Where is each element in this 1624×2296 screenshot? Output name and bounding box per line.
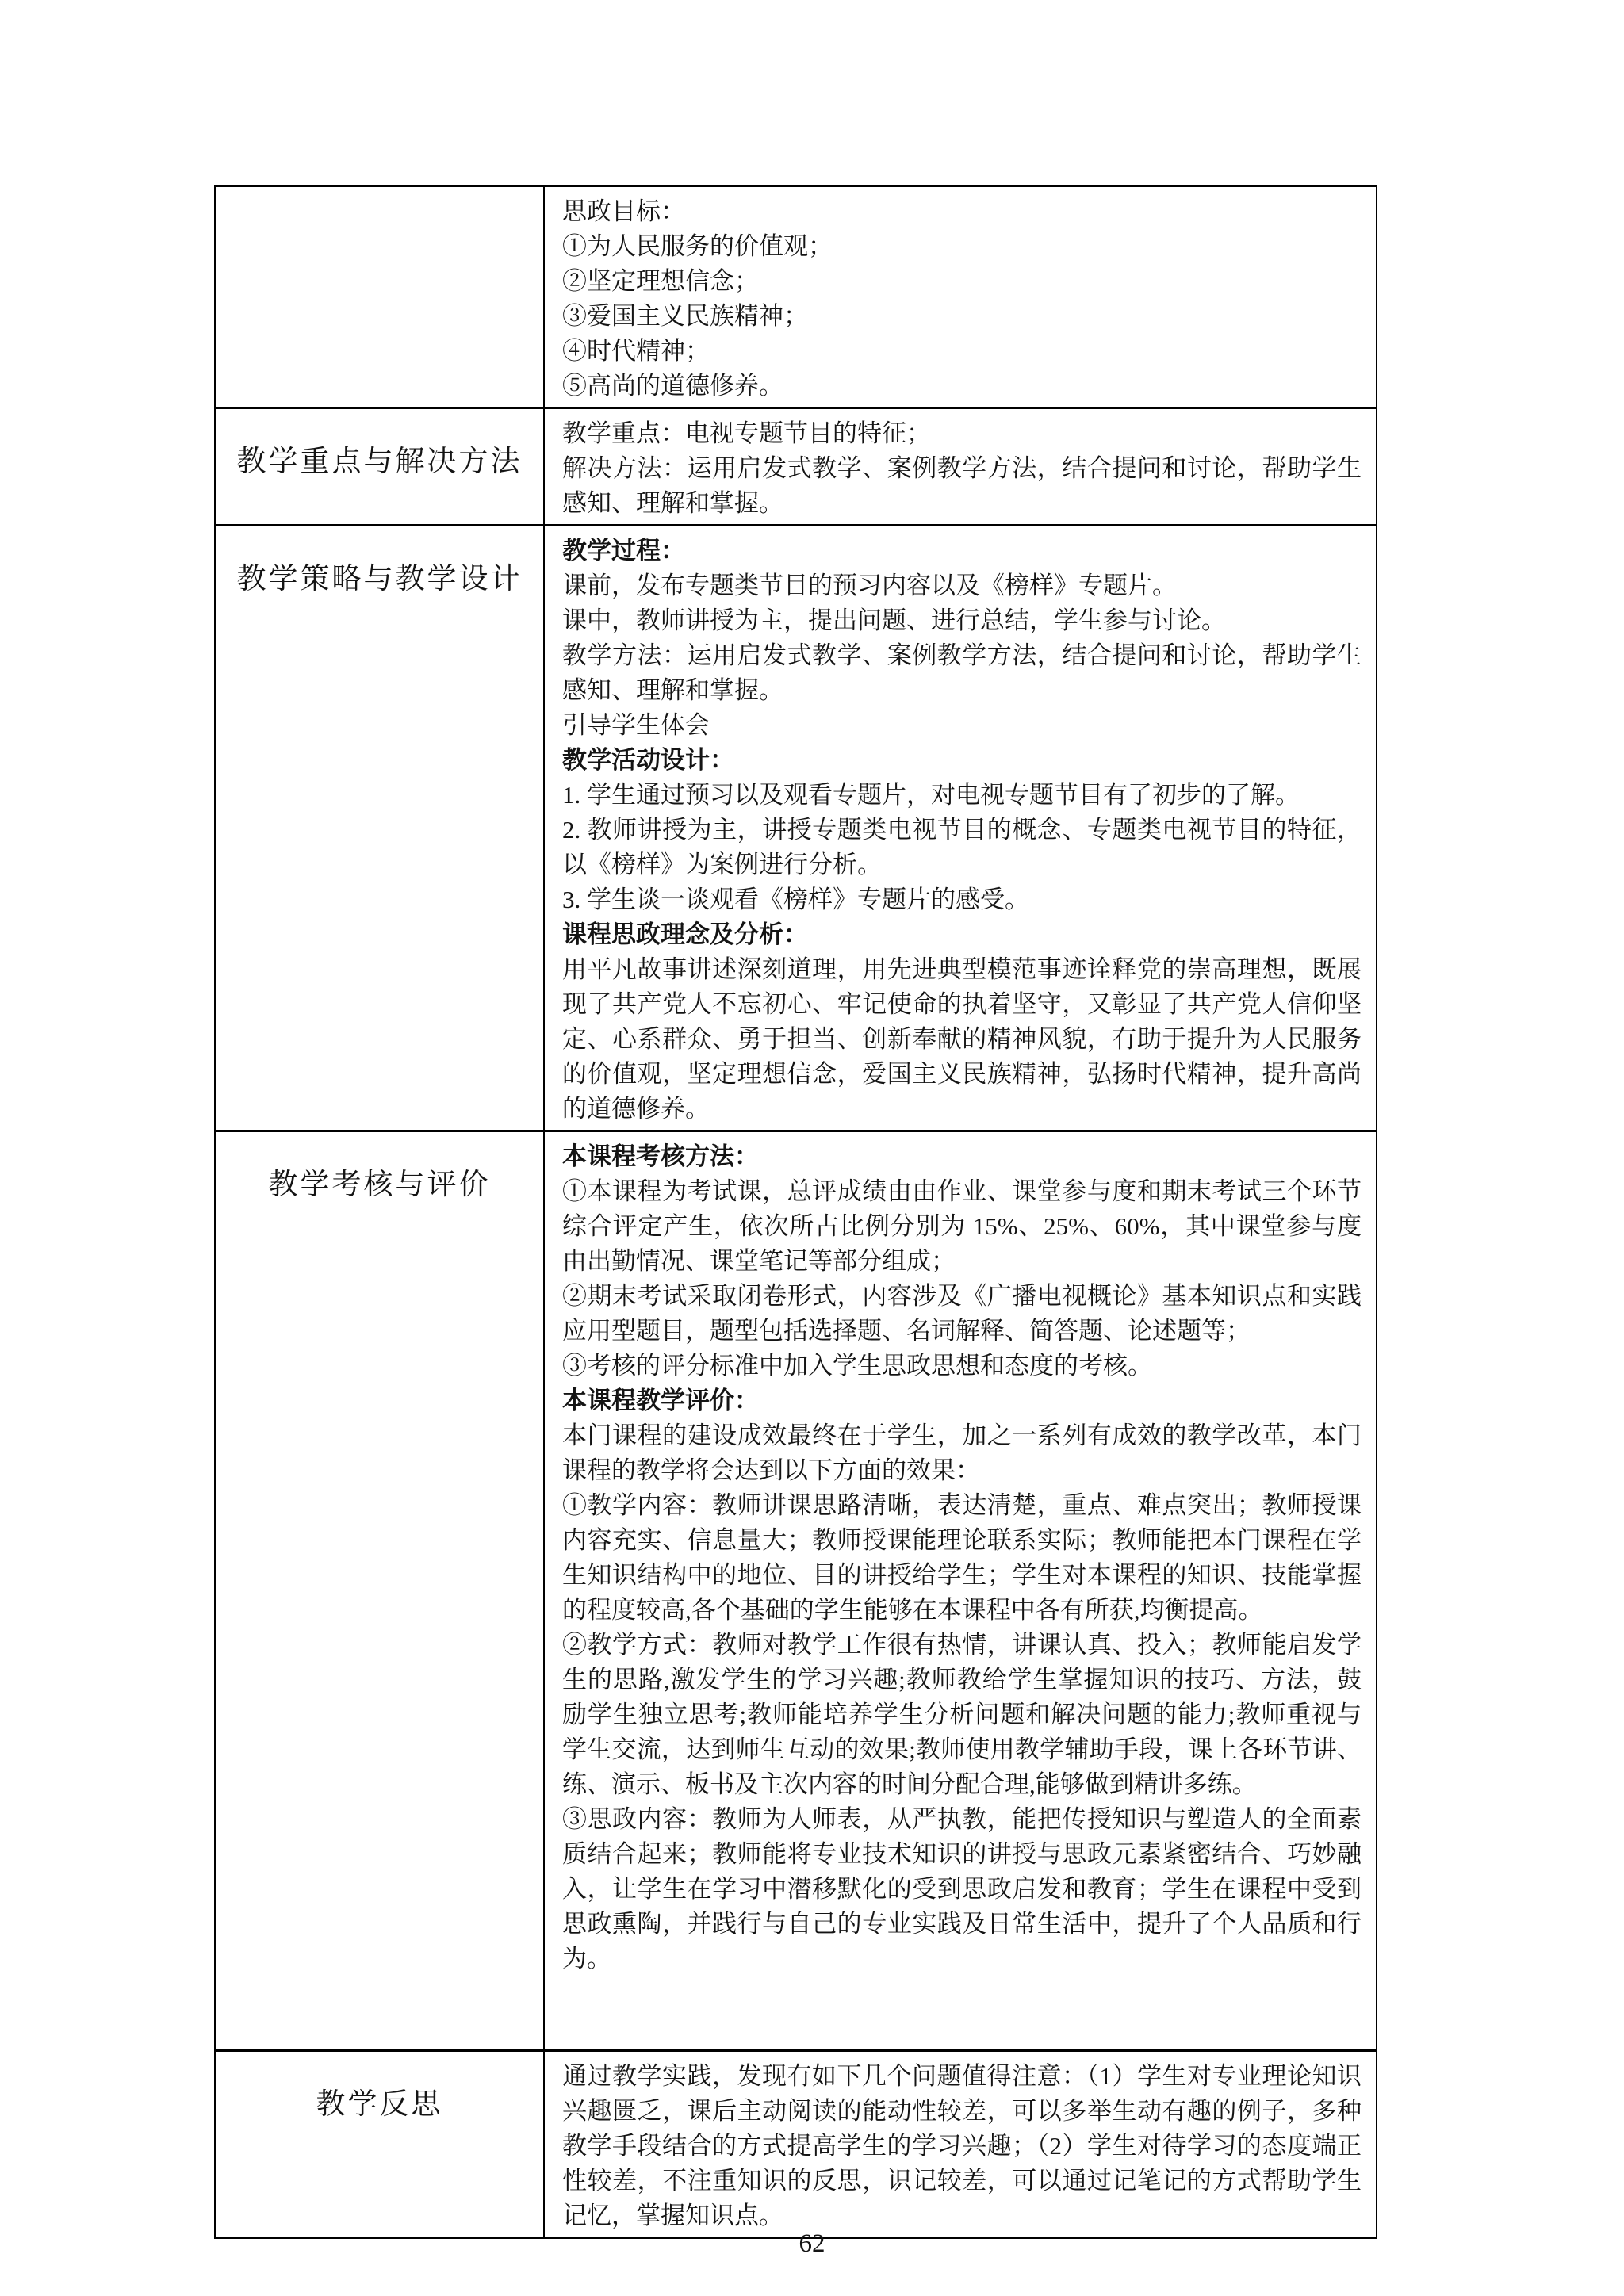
paragraph: 思政目标： bbox=[562, 194, 1362, 229]
page-number: 62 bbox=[0, 2229, 1624, 2259]
paragraph: 解决方法：运用启发式教学、案例教学方法，结合提问和讨论，帮助学生感知、理解和掌握… bbox=[562, 451, 1362, 521]
paragraph: ①教学内容：教师讲课思路清晰，表达清楚，重点、难点突出；教师授课内容充实、信息量… bbox=[562, 1488, 1362, 1628]
lesson-plan-table-body: 思政目标：①为人民服务的价值观；②坚定理想信念；③爱国主义民族精神；④时代精神；… bbox=[215, 186, 1377, 2238]
paragraph: ②期末考试采取闭卷形式，内容涉及《广播电视概论》基本知识点和实践应用型题目，题型… bbox=[562, 1279, 1362, 1349]
paragraph: ①本课程为考试课，总评成绩由由作业、课堂参与度和期末考试三个环节综合评定产生，依… bbox=[562, 1174, 1362, 1279]
paragraph: 课前，发布专题类节目的预习内容以及《榜样》专题片。 bbox=[562, 568, 1362, 603]
row-content-cell: 教学过程：课前，发布专题类节目的预习内容以及《榜样》专题片。课中，教师讲授为主，… bbox=[544, 526, 1377, 1131]
section-heading: 教学活动设计： bbox=[562, 743, 1362, 778]
paragraph: 本门课程的建设成效最终在于学生，加之一系列有成效的教学改革，本门课程的教学将会达… bbox=[562, 1418, 1362, 1488]
paragraph: 3. 学生谈一谈观看《榜样》专题片的感受。 bbox=[562, 882, 1362, 917]
paragraph: 1. 学生通过预习以及观看专题片，对电视专题节目有了初步的了解。 bbox=[562, 778, 1362, 813]
row-header-cell: 教学策略与教学设计 bbox=[215, 526, 544, 1131]
paragraph: 教学重点：电视专题节目的特征； bbox=[562, 416, 1362, 451]
row-content-cell: 通过教学实践，发现有如下几个问题值得注意：（1）学生对专业理论知识兴趣匮乏，课后… bbox=[544, 2051, 1377, 2238]
section-heading: 教学过程： bbox=[562, 534, 1362, 568]
table-row: 教学策略与教学设计教学过程：课前，发布专题类节目的预习内容以及《榜样》专题片。课… bbox=[215, 526, 1377, 1131]
paragraph: ③考核的评分标准中加入学生思政思想和态度的考核。 bbox=[562, 1349, 1362, 1383]
paragraph: ⑤高尚的道德修养。 bbox=[562, 369, 1362, 404]
paragraph: 用平凡故事讲述深刻道理，用先进典型模范事迹诠释党的崇高理想，既展现了共产党人不忘… bbox=[562, 952, 1362, 1127]
paragraph: 教学方法：运用启发式教学、案例教学方法，结合提问和讨论，帮助学生感知、理解和掌握… bbox=[562, 638, 1362, 708]
paragraph: ③爱国主义民族精神； bbox=[562, 299, 1362, 334]
paragraph: ②教学方式：教师对教学工作很有热情，讲课认真、投入；教师能启发学生的思路,激发学… bbox=[562, 1628, 1362, 1802]
lesson-plan-table: 思政目标：①为人民服务的价值观；②坚定理想信念；③爱国主义民族精神；④时代精神；… bbox=[214, 185, 1377, 2239]
paragraph: 通过教学实践，发现有如下几个问题值得注意：（1）学生对专业理论知识兴趣匮乏，课后… bbox=[562, 2059, 1362, 2233]
row-content-cell: 本课程考核方法：①本课程为考试课，总评成绩由由作业、课堂参与度和期末考试三个环节… bbox=[544, 1131, 1377, 2051]
section-heading: 本课程考核方法： bbox=[562, 1139, 1362, 1174]
paragraph: ③思政内容：教师为人师表，从严执教，能把传授知识与塑造人的全面素质结合起来；教师… bbox=[562, 1802, 1362, 1976]
paragraph: ②坚定理想信念； bbox=[562, 264, 1362, 299]
table-row: 教学重点与解决方法教学重点：电视专题节目的特征；解决方法：运用启发式教学、案例教… bbox=[215, 408, 1377, 526]
table-row: 教学考核与评价本课程考核方法：①本课程为考试课，总评成绩由由作业、课堂参与度和期… bbox=[215, 1131, 1377, 2051]
row-content-cell: 思政目标：①为人民服务的价值观；②坚定理想信念；③爱国主义民族精神；④时代精神；… bbox=[544, 186, 1377, 408]
paragraph: 课中，教师讲授为主，提出问题、进行总结，学生参与讨论。 bbox=[562, 603, 1362, 638]
row-header-cell bbox=[215, 186, 544, 408]
paragraph: 引导学生体会 bbox=[562, 708, 1362, 743]
section-heading: 本课程教学评价： bbox=[562, 1383, 1362, 1418]
row-header-cell: 教学反思 bbox=[215, 2051, 544, 2238]
row-content-cell: 教学重点：电视专题节目的特征；解决方法：运用启发式教学、案例教学方法，结合提问和… bbox=[544, 408, 1377, 526]
document-page: 思政目标：①为人民服务的价值观；②坚定理想信念；③爱国主义民族精神；④时代精神；… bbox=[0, 0, 1624, 2296]
table-row: 教学反思通过教学实践，发现有如下几个问题值得注意：（1）学生对专业理论知识兴趣匮… bbox=[215, 2051, 1377, 2238]
paragraph: ①为人民服务的价值观； bbox=[562, 229, 1362, 264]
row-header-cell: 教学重点与解决方法 bbox=[215, 408, 544, 526]
section-heading: 课程思政理念及分析： bbox=[562, 917, 1362, 952]
paragraph: 2. 教师讲授为主，讲授专题类电视节目的概念、专题类电视节目的特征，以《榜样》为… bbox=[562, 813, 1362, 882]
paragraph: ④时代精神； bbox=[562, 334, 1362, 369]
row-header-cell: 教学考核与评价 bbox=[215, 1131, 544, 2051]
table-row: 思政目标：①为人民服务的价值观；②坚定理想信念；③爱国主义民族精神；④时代精神；… bbox=[215, 186, 1377, 408]
